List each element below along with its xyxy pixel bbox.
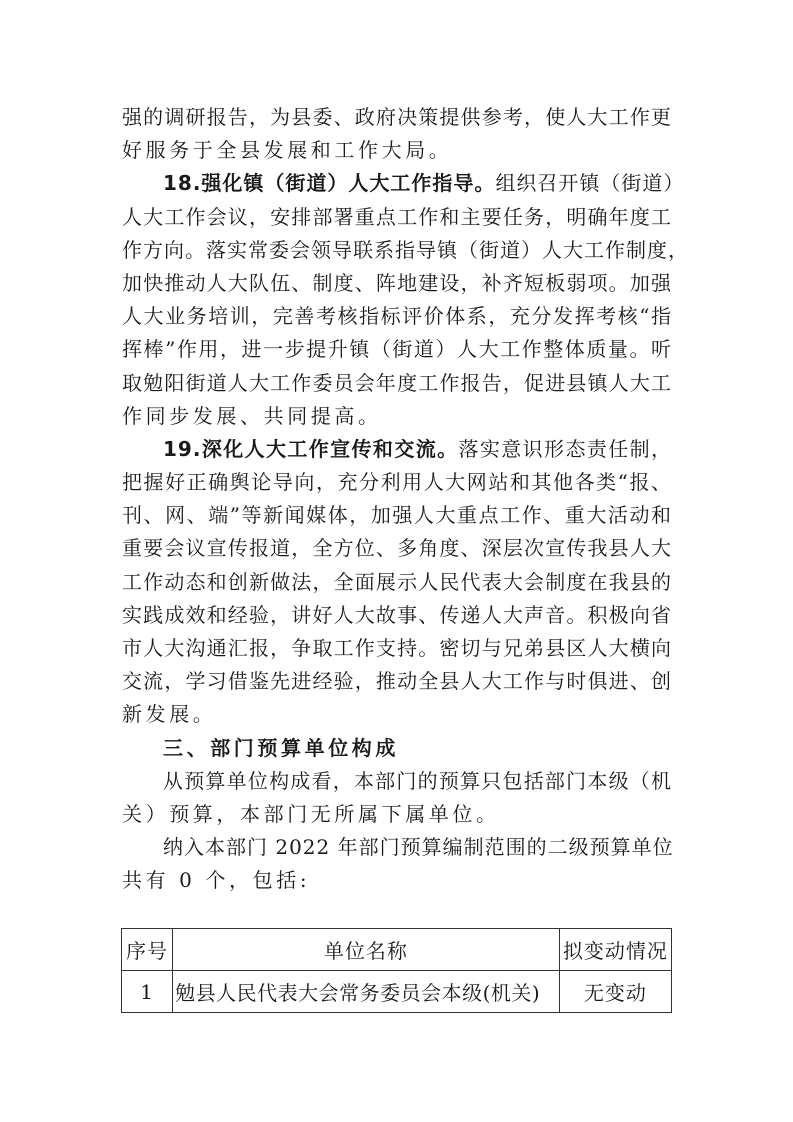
paragraph-line: 重要会议宣传报道，全方位、多角度、深层次宣传我县人大 — [122, 532, 672, 565]
paragraph-line: 把握好正确舆论导向，充分利用人大网站和其他各类“报、 — [122, 466, 672, 499]
paragraph-line: 取勉阳街道人大工作委员会年度工作报告，促进县镇人大工 — [122, 367, 672, 400]
header-unit-name: 单位名称 — [173, 929, 560, 971]
paragraph-line: 刊、网、端”等新闻媒体，加强人大重点工作、重大活动和 — [122, 499, 672, 532]
section-heading: 三、部门预算单位构成 — [122, 732, 672, 765]
cell-unit-name: 勉县人民代表大会常务委员会本级(机关) — [173, 971, 560, 1013]
paragraph-line: 实践成效和经验，讲好人大故事、传递人大声音。积极向省 — [122, 599, 672, 632]
paragraph-line: 人大工作会议，安排部署重点工作和主要任务，明确年度工 — [122, 201, 672, 234]
paragraph-line: 纳入本部门 2022 年部门预算编制范围的二级预算单位 — [122, 831, 672, 864]
paragraph-line: 强的调研报告，为县委、政府决策提供参考，使人大工作更 — [122, 101, 672, 134]
paragraph-line: 关）预算，本部门无所属下属单位。 — [122, 798, 672, 831]
paragraph-line: 加快推动人大队伍、制度、阵地建设，补齐短板弱项。加强 — [122, 267, 672, 300]
header-change-status: 拟变动情况 — [559, 929, 671, 971]
item-18-text: 组织召开镇（街道） — [495, 171, 684, 195]
paragraph-line: 挥棒”作用，进一步提升镇（街道）人大工作整体质量。听 — [122, 333, 672, 366]
item-19-heading-line: 19.深化人大工作宣传和交流。落实意识形态责任制， — [122, 433, 672, 466]
paragraph-line: 共有 0 个，包括: — [122, 864, 672, 897]
header-seq: 序号 — [122, 929, 173, 971]
item-18-heading-line: 18.强化镇（街道）人大工作指导。组织召开镇（街道） — [122, 167, 672, 200]
item-19-text: 落实意识形态责任制， — [459, 437, 673, 461]
paragraph-line: 市人大沟通汇报，争取工作支持。密切与兄弟县区人大横向 — [122, 632, 672, 665]
budget-units-table: 序号 单位名称 拟变动情况 1 勉县人民代表大会常务委员会本级(机关) 无变动 — [121, 928, 672, 1013]
paragraph-line: 从预算单位构成看，本部门的预算只包括部门本级（机 — [122, 765, 672, 798]
paragraph-line: 作同步发展、共同提高。 — [122, 400, 672, 433]
cell-change-status: 无变动 — [559, 971, 671, 1013]
item-18-title: 18.强化镇（街道）人大工作指导。 — [163, 171, 495, 195]
table-header-row: 序号 单位名称 拟变动情况 — [122, 929, 672, 971]
paragraph-line: 作方向。落实常委会领导联系指导镇（街道）人大工作制度， — [122, 234, 672, 267]
paragraph-line: 工作动态和创新做法，全面展示人民代表大会制度在我县的 — [122, 566, 672, 599]
document-page: 强的调研报告，为县委、政府决策提供参考，使人大工作更 好服务于全县发展和工作大局… — [122, 101, 672, 898]
cell-seq: 1 — [122, 971, 173, 1013]
paragraph-line: 交流，学习借鉴先进经验，推动全县人大工作与时俱进、创 — [122, 665, 672, 698]
paragraph-line: 新发展。 — [122, 698, 672, 731]
paragraph-line: 好服务于全县发展和工作大局。 — [122, 134, 672, 167]
item-19-title: 19.深化人大工作宣传和交流。 — [163, 437, 459, 461]
paragraph-line: 人大业务培训，完善考核指标评价体系，充分发挥考核“指 — [122, 300, 672, 333]
table-row: 1 勉县人民代表大会常务委员会本级(机关) 无变动 — [122, 971, 672, 1013]
